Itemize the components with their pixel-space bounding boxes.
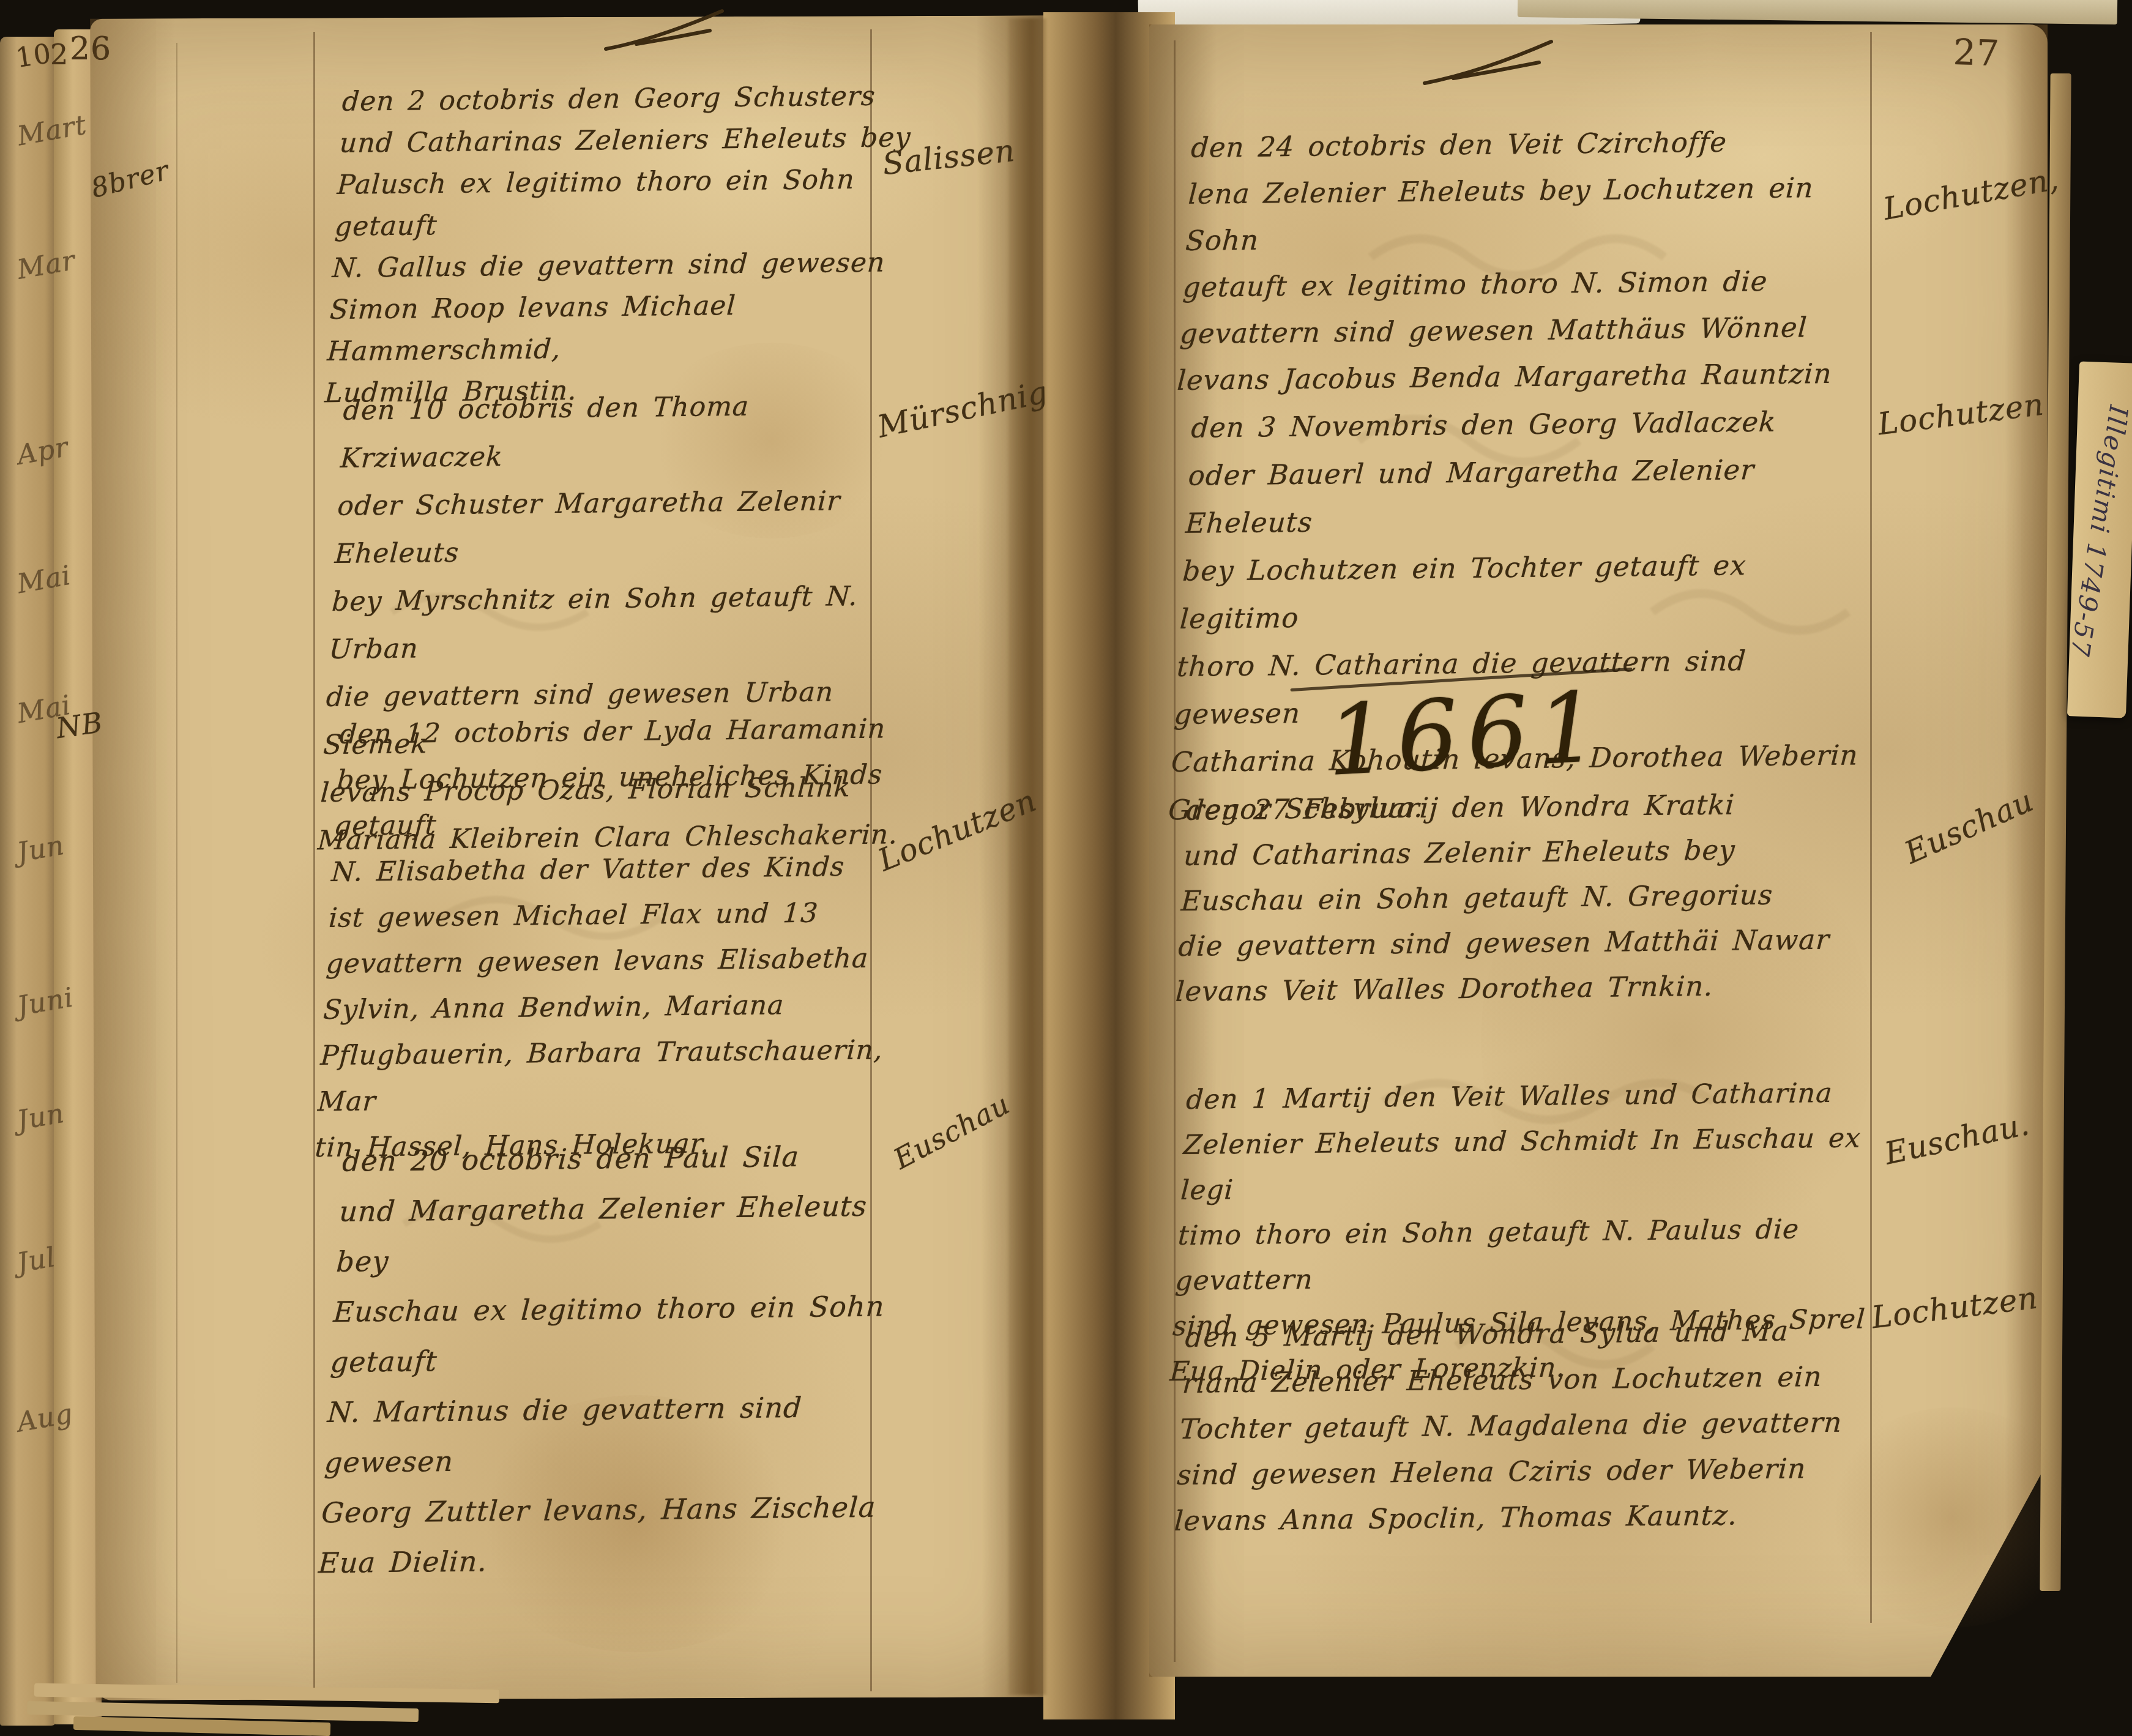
baptism-entry: den 27 Februarij den Wondra Kratki und C… <box>1174 781 1879 1015</box>
nota-bene-annotation: NB <box>54 706 105 745</box>
pen-flourish-icon <box>600 6 734 55</box>
archival-side-tab: Illegitimi 1749-57 <box>2067 362 2132 718</box>
pen-flourish-icon <box>1420 35 1560 91</box>
baptism-entry: den 12 octobris der Lyda Haramanin bey L… <box>314 706 923 1171</box>
baptism-entry: den 2 octobris den Georg Schusters und C… <box>324 75 925 414</box>
side-tab-years: 1749-57 <box>2065 541 2112 660</box>
left-page-edge-strip-outer <box>0 37 56 1726</box>
side-tab-label: Illegitimi 1749-57 <box>2060 372 2132 691</box>
month-edge-label: Jul <box>15 1242 58 1279</box>
left-page-number: 26 <box>70 31 111 67</box>
side-tab-title: Illegitimi <box>2084 403 2132 536</box>
left-page-fold-line <box>176 43 177 1683</box>
baptism-entry: den 5 Martij den Wondra Sylua und Ma ria… <box>1173 1307 1884 1544</box>
right-page-margin-rule <box>1174 40 1176 1662</box>
page-number-underleaf: 10 <box>14 38 54 74</box>
manuscript-scan: 10 2 26 27 Mart Mar Apr Mai Mai Jun Juni… <box>0 0 2132 1736</box>
left-page-curl-shadow <box>1008 18 1046 1695</box>
page-number-underleaf-2: 2 <box>50 38 69 71</box>
baptism-entry: den 24 octobris den Veit Czirchoffe lena… <box>1176 117 1884 404</box>
baptism-entry: den 20 octobris den Paul Sila und Margar… <box>317 1130 931 1589</box>
right-page-number: 27 <box>1953 31 2000 75</box>
left-page-margin-rule <box>313 32 315 1688</box>
year-heading: 1661 <box>1324 671 1609 798</box>
